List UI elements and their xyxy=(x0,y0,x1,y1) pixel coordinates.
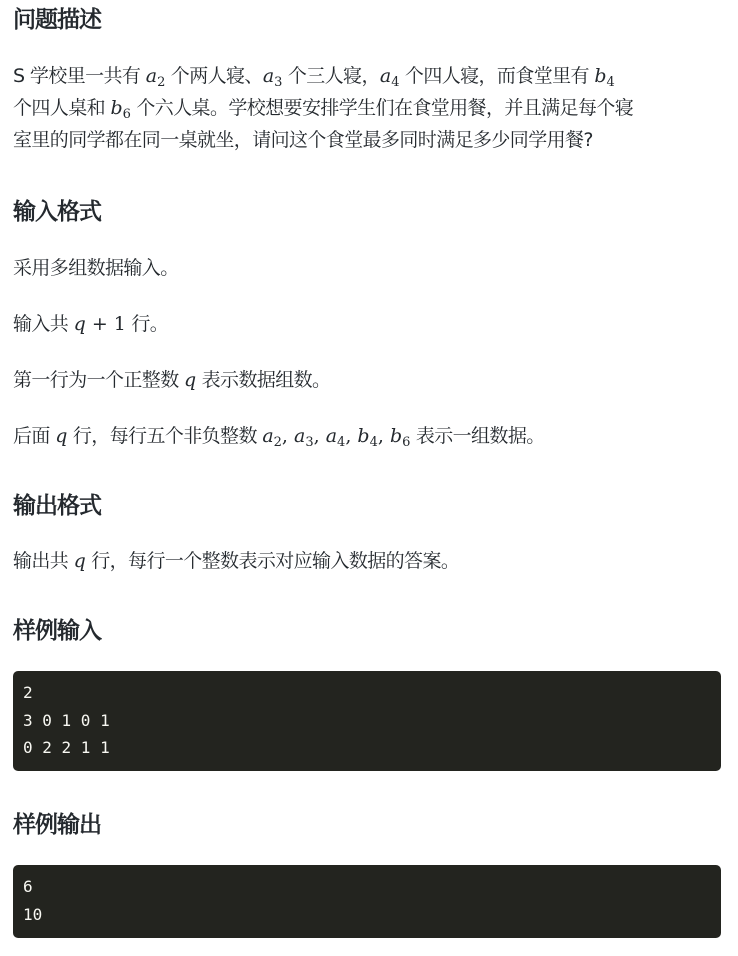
section-title-sample-input: 样例输入 xyxy=(13,617,721,645)
input-format-p1: 采用多组数据输入。 xyxy=(13,252,721,284)
sample-output-code-block[interactable]: 6 10 xyxy=(13,865,721,938)
math-b6: b6 xyxy=(110,97,130,119)
output-format-p1: 输出共 q 行，每行一个整数表示对应输入数据的答案。 xyxy=(13,545,721,577)
text: 第一行为一个正整数 xyxy=(13,369,184,391)
text: 行，每行五个非负整数 xyxy=(67,425,262,447)
text: 行。 xyxy=(126,313,168,335)
text: 输入共 xyxy=(13,313,74,335)
sample-input-code-block[interactable]: 2 3 0 1 0 1 0 2 2 1 1 xyxy=(13,671,721,771)
input-format-p4: 后面 q 行，每行五个非负整数 a2, a3, a4, b4, b6 表示一组数… xyxy=(13,420,721,452)
math-q: q xyxy=(184,369,196,391)
description-line-2: 个四人桌和 b6 个六人桌。学校想要安排学生们在食堂用餐，并且满足每个寝 xyxy=(13,92,721,124)
text: 输出共 xyxy=(13,550,74,572)
input-format-p2: 输入共 q + 1 行。 xyxy=(13,308,721,340)
section-title-sample-output: 样例输出 xyxy=(13,811,721,839)
description-line-3: 室里的同学都在同一桌就坐，请问这个食堂最多同时满足多少同学用餐? xyxy=(13,124,721,156)
math-a4: a4 xyxy=(380,65,400,87)
text: 后面 xyxy=(13,425,55,447)
math-q-plus-1: q + 1 xyxy=(74,313,126,335)
input-format-p3: 第一行为一个正整数 q 表示数据组数。 xyxy=(13,364,721,396)
math-q: q xyxy=(55,425,67,447)
description-paragraph: S 学校里一共有 a2 个两人寝、a3 个三人寝，a4 个四人寝，而食堂里有 b… xyxy=(13,60,721,156)
text: 表示数据组数。 xyxy=(196,369,330,391)
section-title-description: 问题描述 xyxy=(13,6,721,34)
description-line-1: S 学校里一共有 a2 个两人寝、a3 个三人寝，a4 个四人寝，而食堂里有 b… xyxy=(13,60,721,92)
section-title-output-format: 输出格式 xyxy=(13,492,721,520)
math-variable-list: a2, a3, a4, b4, b6 xyxy=(262,425,410,447)
section-title-input-format: 输入格式 xyxy=(13,198,721,226)
math-a3: a3 xyxy=(263,65,283,87)
math-b4: b4 xyxy=(594,65,614,87)
math-q: q xyxy=(74,550,86,572)
text: 行，每行一个整数表示对应输入数据的答案。 xyxy=(86,550,459,572)
math-a2: a2 xyxy=(146,65,166,87)
text: 表示一组数据。 xyxy=(410,425,544,447)
